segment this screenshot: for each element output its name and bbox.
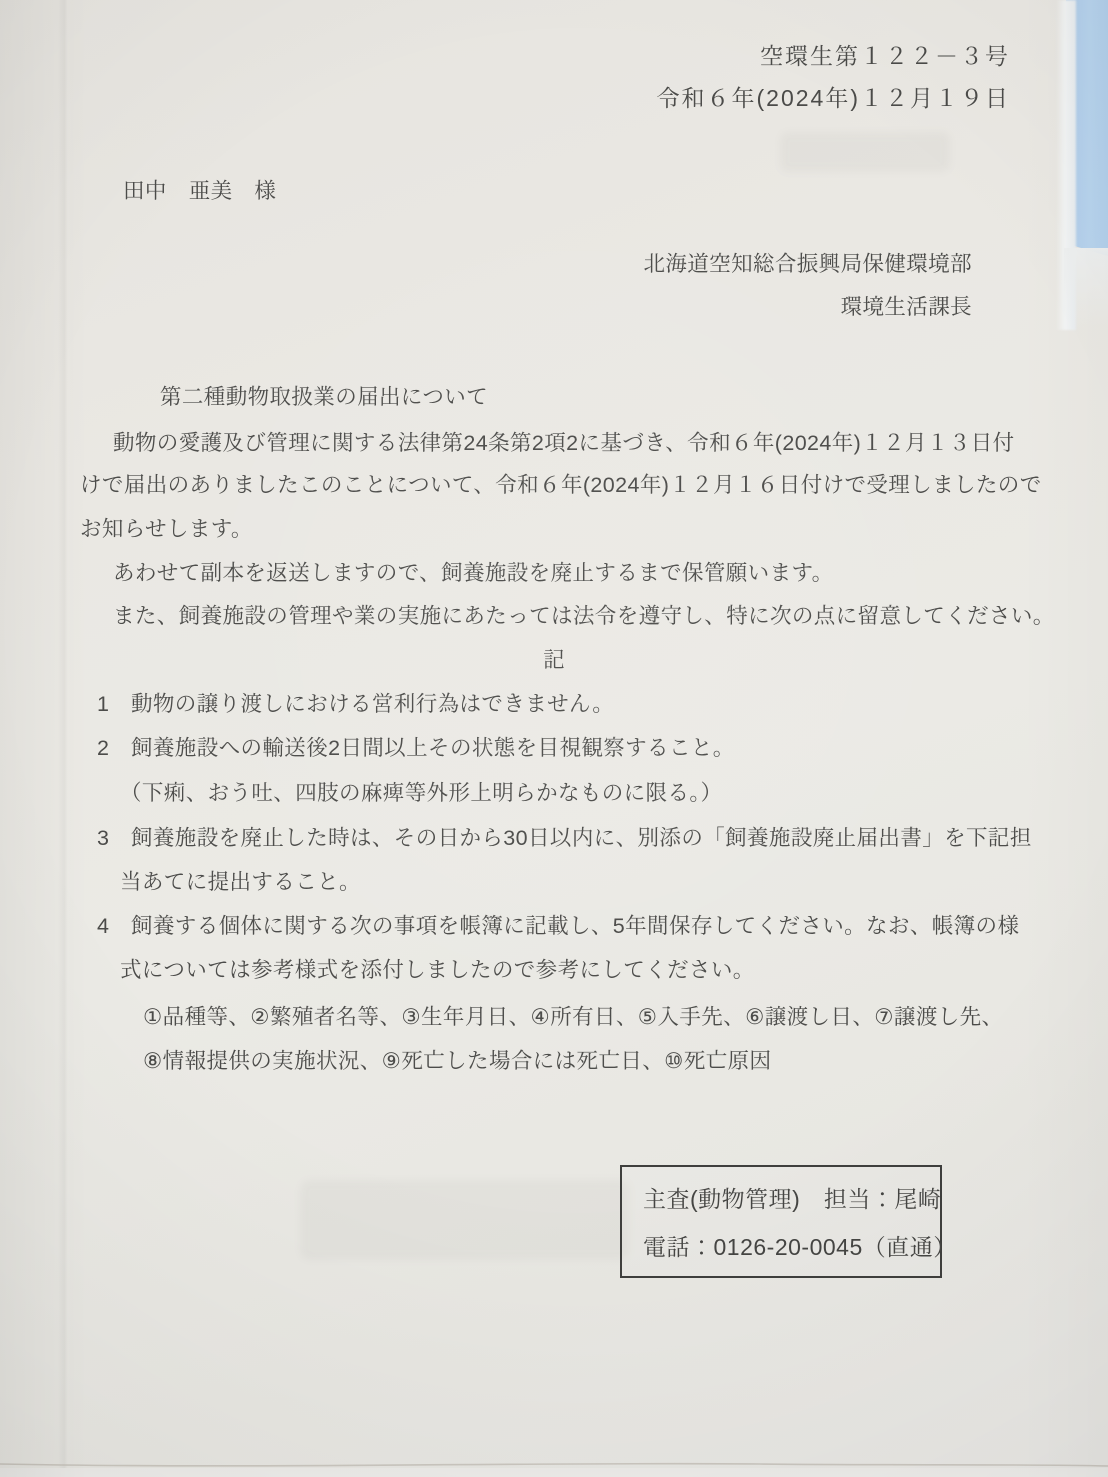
- paper-fold-crease: [58, 0, 72, 1477]
- list-item-1: 1動物の譲り渡しにおける営利行為はできません。: [97, 691, 614, 718]
- ledger-fields-line: ⑧情報提供の実施状況、⑨死亡した場合には死亡日、⑩死亡原因: [143, 1048, 771, 1075]
- item-text: 飼養施設への輸送後2日間以上その状態を目視観察すること。: [131, 736, 735, 760]
- body-line: けで届出のありましたこのことについて、令和６年(2024年)１２月１６日付けで受…: [80, 472, 1042, 499]
- item-number: 1: [97, 691, 131, 718]
- sender-title: 環境生活課長: [0, 294, 972, 321]
- photographed-document: 空環生第１２２－３号 令和６年(2024年)１２月１９日 田中 亜美 様 北海道…: [0, 0, 1108, 1477]
- item-text: 飼養する個体に関する次の事項を帳簿に記載し、5年間保存してください。なお、帳簿の…: [131, 914, 1019, 938]
- item-number: 3: [97, 825, 131, 852]
- list-item-4-continued: 式については参考様式を添付しましたので参考にしてください。: [120, 957, 755, 984]
- contact-person: 主査(動物管理) 担当：尾崎: [643, 1181, 940, 1214]
- list-item-3: 3飼養施設を廃止した時は、その日から30日以内に、別添の「飼養施設廃止届出書」を…: [97, 825, 1032, 852]
- item-number: 2: [97, 735, 131, 762]
- subject-line: 第二種動物取扱業の届出について: [160, 384, 488, 411]
- item-text: 飼養施設を廃止した時は、その日から30日以内に、別添の「飼養施設廃止届出書」を下…: [131, 826, 1032, 850]
- list-item-2-continued: （下痢、おう吐、四肢の麻痺等外形上明らかなものに限る。）: [120, 780, 722, 807]
- recipient-name: 田中 亜美 様: [123, 178, 276, 205]
- contact-info-box: 主査(動物管理) 担当：尾崎 電話：0126-20-0045（直通）: [620, 1165, 942, 1278]
- ledger-fields-line: ①品種等、②繁殖者名等、③生年月日、④所有日、⑤入手先、⑥譲渡し日、⑦譲渡し先、: [143, 1004, 1003, 1031]
- item-number: 4: [97, 913, 131, 940]
- ki-marker: 記: [0, 647, 1108, 674]
- list-item-4: 4飼養する個体に関する次の事項を帳簿に記載し、5年間保存してください。なお、帳簿…: [97, 913, 1019, 940]
- paper-bottom-edge: [0, 1455, 1108, 1477]
- sender-organization: 北海道空知総合振興局保健環境部: [0, 251, 972, 278]
- document-number: 空環生第１２２－３号: [0, 42, 1010, 71]
- item-text: 動物の譲り渡しにおける営利行為はできません。: [131, 692, 614, 716]
- document-date: 令和６年(2024年)１２月１９日: [0, 84, 1010, 113]
- ink-bleed-ghost: [780, 132, 950, 172]
- list-item-2: 2飼養施設への輸送後2日間以上その状態を目視観察すること。: [97, 735, 735, 762]
- body-line: また、飼養施設の管理や業の実施にあたっては法令を遵守し、特に次の点に留意してくだ…: [113, 603, 1055, 630]
- ink-bleed-ghost: [300, 1180, 630, 1260]
- body-line: 動物の愛護及び管理に関する法律第24条第2項2に基づき、令和６年(2024年)１…: [113, 430, 1015, 457]
- list-item-3-continued: 当あてに提出すること。: [120, 869, 361, 896]
- paper-edge-fade: [1064, 248, 1108, 328]
- body-line: お知らせします。: [80, 516, 253, 543]
- contact-phone: 電話：0126-20-0045（直通）: [643, 1229, 940, 1262]
- body-line: あわせて副本を返送しますので、飼養施設を廃止するまで保管願います。: [113, 560, 834, 587]
